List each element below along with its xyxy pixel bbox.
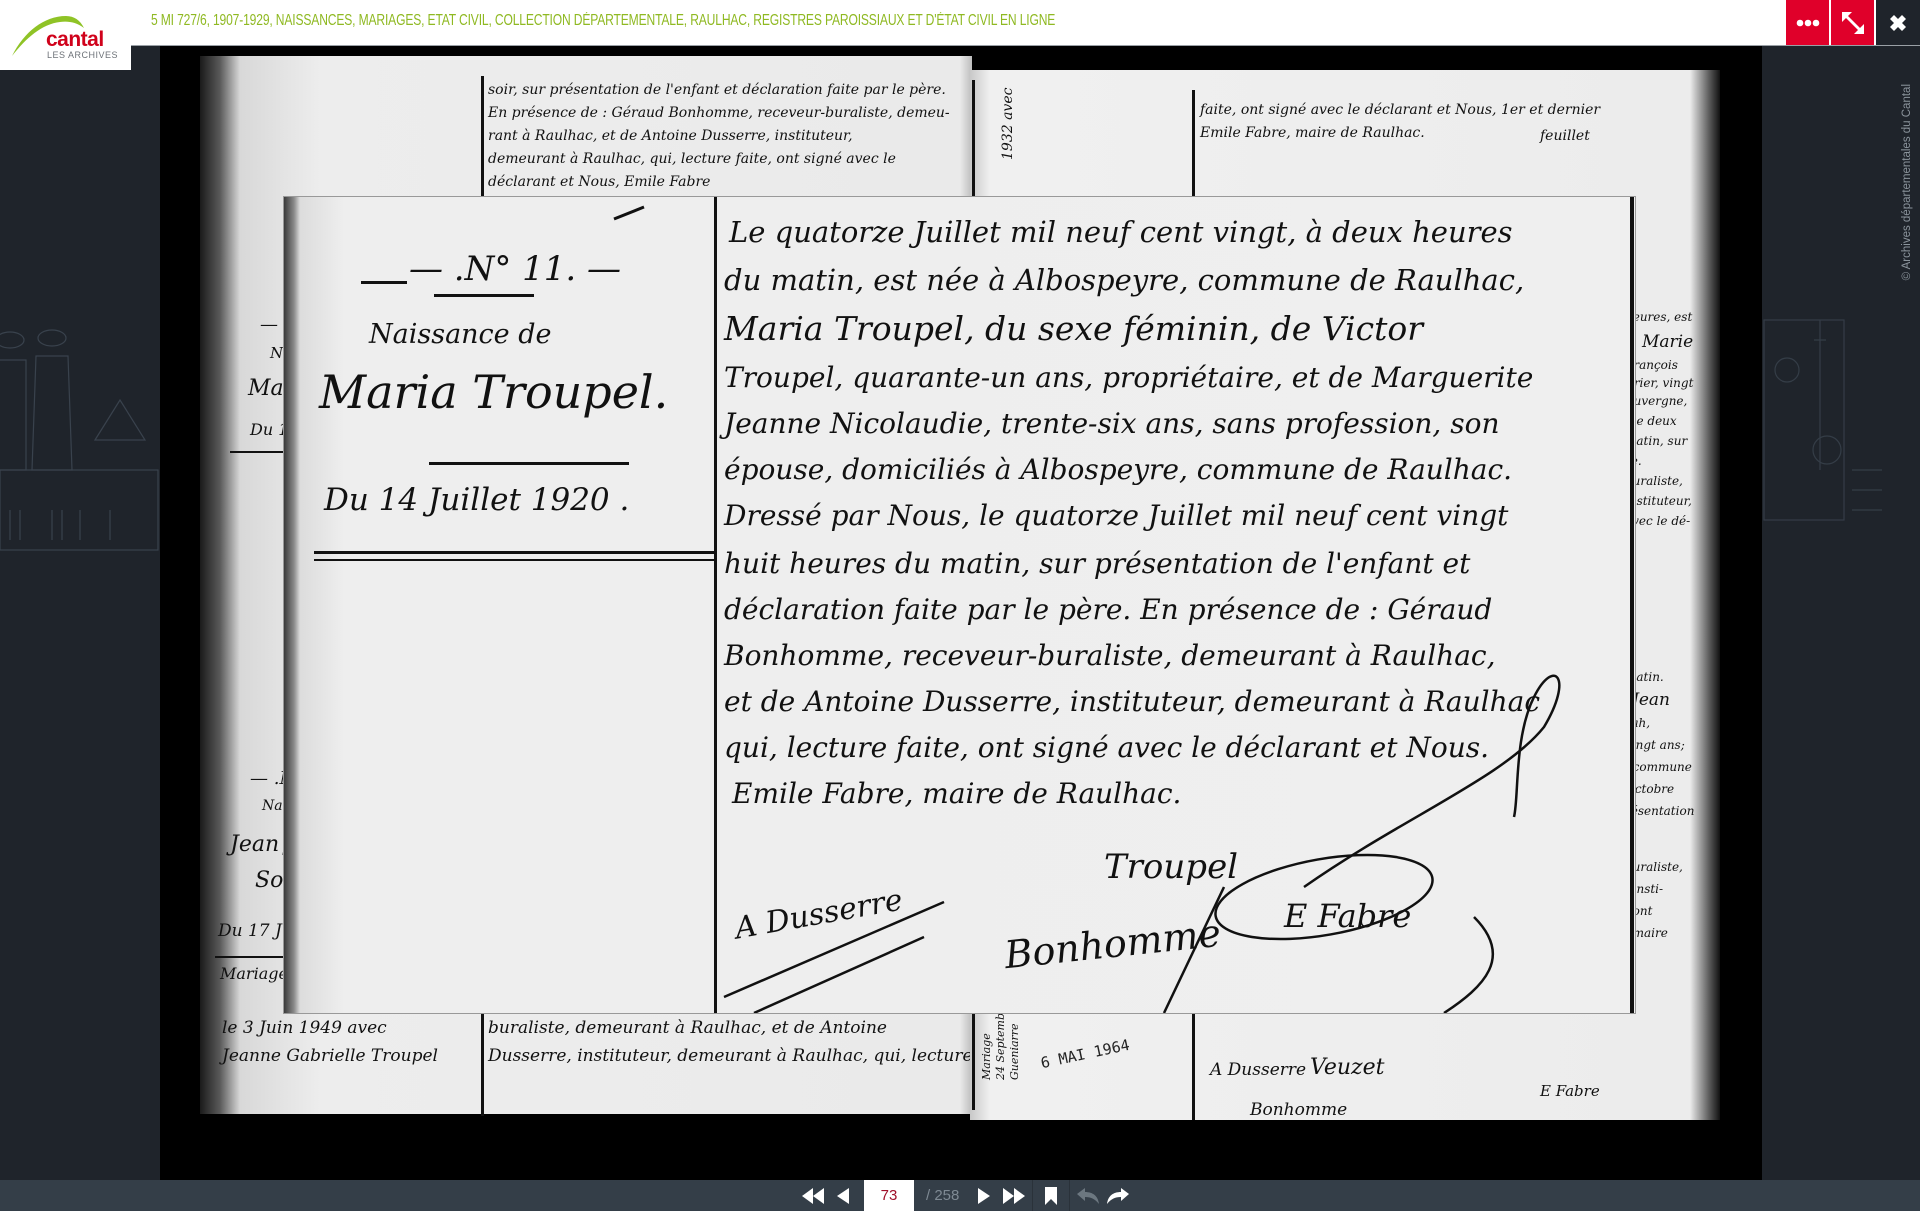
margin-fragment: Mariage (220, 964, 288, 983)
last-page-button[interactable] (999, 1180, 1029, 1211)
signature-flourishes (284, 197, 1635, 1013)
signature: A Dusserre (1210, 1060, 1306, 1080)
margin-fragment: Du 17 J (218, 921, 282, 941)
signature: Veuzet (1310, 1055, 1385, 1080)
redo-button[interactable] (1103, 1180, 1133, 1211)
margin-fragment: instituteur, (1625, 494, 1692, 508)
background-illustration-left (0, 300, 160, 560)
document-title: 5 MI 727/6, 1907-1929, NAISSANCES, MARIA… (151, 12, 1055, 30)
previous-page-icon (837, 1188, 849, 1204)
handwritten-line: demeurant à Raulhac, qui, lecture faite,… (488, 151, 896, 167)
last-page-icon (1003, 1188, 1025, 1204)
margin-note: Mariage (980, 1033, 993, 1080)
close-icon (1886, 11, 1910, 35)
previous-page-button[interactable] (828, 1180, 858, 1211)
handwritten-line: déclarant et Nous, Emile Fabre (488, 174, 710, 190)
signature: E Fabre (1540, 1082, 1600, 1100)
document-viewer[interactable]: soir, sur présentation de l'enfant et dé… (160, 46, 1762, 1180)
more-icon (1796, 19, 1820, 27)
current-page-input[interactable] (864, 1180, 914, 1211)
margin-fragment: Brier, vingt (1625, 376, 1693, 390)
handwritten-line: Jeanne Gabrielle Troupel (222, 1046, 438, 1066)
margin-fragment: Jean (1632, 690, 1670, 710)
handwritten-line: En présence de : Géraud Bonhomme, receve… (488, 105, 950, 121)
logo-subtitle: LES ARCHIVES (47, 50, 118, 60)
date-stamp: 6 MAI 1964 (1039, 1036, 1131, 1072)
undo-icon (1077, 1188, 1099, 1204)
close-button[interactable] (1876, 0, 1920, 45)
margin-note: 1932 avec (1000, 88, 1016, 160)
bookmark-icon (1045, 1187, 1057, 1205)
cantal-archives-logo[interactable]: cantal LES ARCHIVES (0, 0, 131, 70)
margin-note: 24 Septembre (994, 1001, 1007, 1080)
copyright-notice: © Archives départementales du Cantal (1901, 84, 1913, 280)
margin-fragment: , commune (1625, 760, 1692, 774)
fullscreen-button[interactable] (1831, 0, 1874, 45)
page-navigation-toolbar: / 258 (0, 1180, 1920, 1211)
background-illustration-right (1762, 300, 1882, 560)
next-page-button[interactable] (969, 1180, 999, 1211)
handwritten-line: faite, ont signé avec le déclarant et No… (1200, 102, 1600, 118)
handwritten-line: feuillet (1540, 128, 1590, 144)
fullscreen-icon (1839, 9, 1867, 37)
handwritten-line: rant à Raulhac, et de Antoine Dusserre, … (488, 128, 853, 144)
total-pages: / 258 (926, 1187, 959, 1204)
handwritten-line: buraliste, demeurant à Raulhac, et de An… (488, 1018, 887, 1038)
margin-fragment: résentation (1625, 804, 1694, 818)
redo-icon (1107, 1188, 1129, 1204)
margin-fragment: Marie (1642, 332, 1693, 352)
first-page-button[interactable] (798, 1180, 828, 1211)
handwritten-line: Dusserre, instituteur, demeurant à Raulh… (488, 1046, 973, 1066)
bookmark-button[interactable] (1036, 1180, 1066, 1211)
header-bar: 5 MI 727/6, 1907-1929, NAISSANCES, MARIA… (0, 0, 1920, 46)
handwritten-line: le 3 Juin 1949 avec (222, 1018, 387, 1038)
undo-button[interactable] (1073, 1180, 1103, 1211)
magnifier-lens[interactable]: — .N° 11. — Naissance de Maria Troupel. … (284, 197, 1635, 1013)
more-options-button[interactable] (1786, 0, 1829, 45)
first-page-icon (802, 1188, 824, 1204)
toolbar-divider (1069, 1180, 1070, 1211)
margin-note: Gueniarre (1008, 1023, 1021, 1080)
margin-fragment: heures, est (1625, 310, 1692, 324)
signature: Bonhomme (1250, 1100, 1347, 1120)
toolbar-divider (1032, 1180, 1033, 1211)
handwritten-line: soir, sur présentation de l'enfant et dé… (488, 82, 946, 98)
next-page-icon (978, 1188, 990, 1204)
logo-brand: cantal (46, 28, 104, 52)
handwritten-line: Emile Fabre, maire de Raulhac. (1200, 125, 1425, 141)
